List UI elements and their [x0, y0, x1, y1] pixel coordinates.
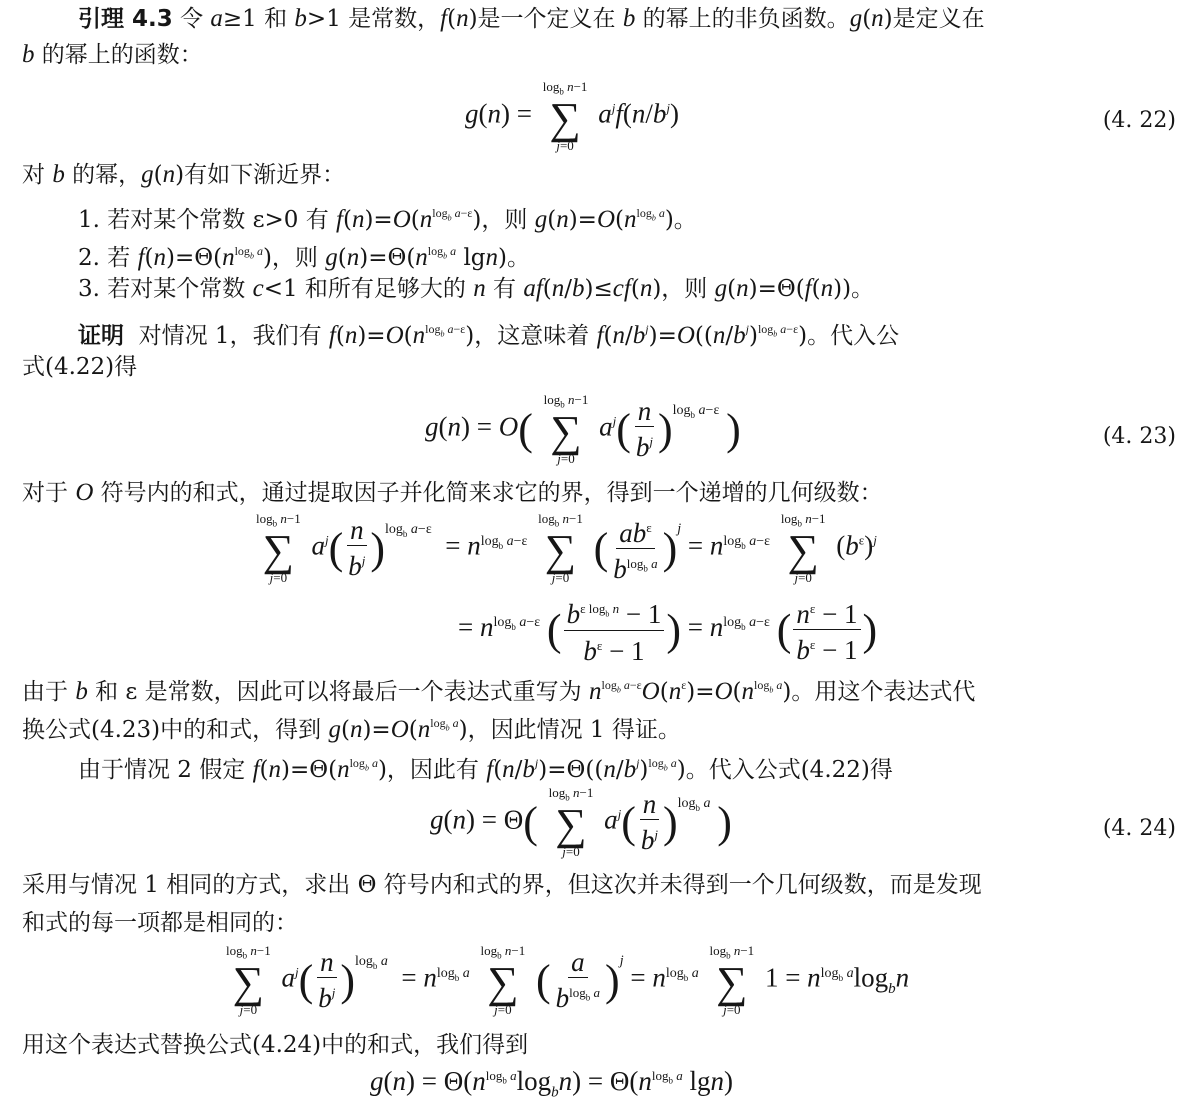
lemma-statement-line-1: 引理 4.3 令 a≥1 和 b>1 是常数，f(n)是一个定义在 b 的幂上的… [78, 4, 1176, 34]
paragraph-case2-method-line-1: 采用与情况 1 相同的方式，求出 Θ 符号内和式的界，但这次并未得到一个几何级数… [22, 870, 1176, 900]
lemma-title: 引理 4.3 [78, 6, 173, 32]
paragraph-case2-intro: 由于情况 2 假定 f(n)=Θ(nlogb a)，因此有 f(n/bj)=Θ(… [78, 748, 1176, 785]
bounds-intro: 对 b 的幂，g(n)有如下渐近界： [22, 160, 1176, 190]
final-equation: g(n) = Θ(nlogb alogbn) = Θ(nlogb a lgn) [370, 1066, 733, 1101]
proof-label: 证明 [78, 323, 124, 349]
equation-number-4-23: (4. 23) [1103, 424, 1176, 449]
lemma-statement-line-2: b 的幂上的函数： [22, 40, 1176, 70]
proof-paragraph-line-1: 证明 对情况 1，我们有 f(n)=O(nlogb a−ε)，这意味着 f(n/… [78, 314, 1176, 351]
equation-4-22: g(n) = logb n−1 ∑ j=0 ajf(n/bj) [465, 80, 679, 153]
case-2: 2. 若 f(n)=Θ(nlogb a)，则 g(n)=Θ(nlogb a lg… [78, 236, 1176, 273]
summation: logb n−1 ∑ j=0 [543, 80, 588, 153]
lemma-text: 令 a≥1 和 b>1 是常数，f(n)是一个定义在 b 的幂上的非负函数。g(… [180, 6, 985, 32]
paragraph-substitution: 用这个表达式替换公式(4.24)中的和式，我们得到 [22, 1030, 1176, 1060]
paragraph-geometric-series-intro: 对于 O 符号内的和式，通过提取因子并化简来求它的界，得到一个递增的几何级数： [22, 478, 1176, 508]
paragraph-case1-conclusion-line-2: 换公式(4.23)中的和式，得到 g(n)=O(nlogb a)，因此情况 1 … [22, 708, 1176, 745]
derivation-1-row-2: = nlogb a−ε (bε logb n − 1bε − 1) = nlog… [458, 594, 877, 666]
paragraph-case2-method-line-2: 和式的每一项都是相同的： [22, 908, 1176, 938]
equation-4-23: g(n) = O( logb n−1∑j=0 aj(nbj)logb a−ε ) [425, 393, 741, 466]
proof-paragraph-line-2: 式(4.22)得 [22, 352, 1176, 382]
equation-number-4-24: (4. 24) [1103, 816, 1176, 841]
derivation-1-row-1: logb n−1∑j=0 aj(nbj)logb a−ε = nlogb a−ε… [252, 512, 877, 585]
equation-number-4-22: (4. 22) [1103, 108, 1176, 133]
case-3: 3. 若对某个常数 c<1 和所有足够大的 n 有 af(n/b)≤cf(n)，… [78, 274, 1176, 304]
derivation-2: logb n−1∑j=0 aj(nbj)logb a = nlogb a log… [222, 944, 909, 1017]
equation-4-24: g(n) = Θ( logb n−1∑j=0 aj(nbj)logb a ) [430, 786, 732, 859]
case-1: 1. 若对某个常数 ε>0 有 f(n)=O(nlogb a−ε)，则 g(n)… [78, 198, 1176, 235]
paragraph-case1-conclusion-line-1: 由于 b 和 ε 是常数，因此可以将最后一个表达式重写为 nlogb a−εO(… [22, 670, 1176, 707]
